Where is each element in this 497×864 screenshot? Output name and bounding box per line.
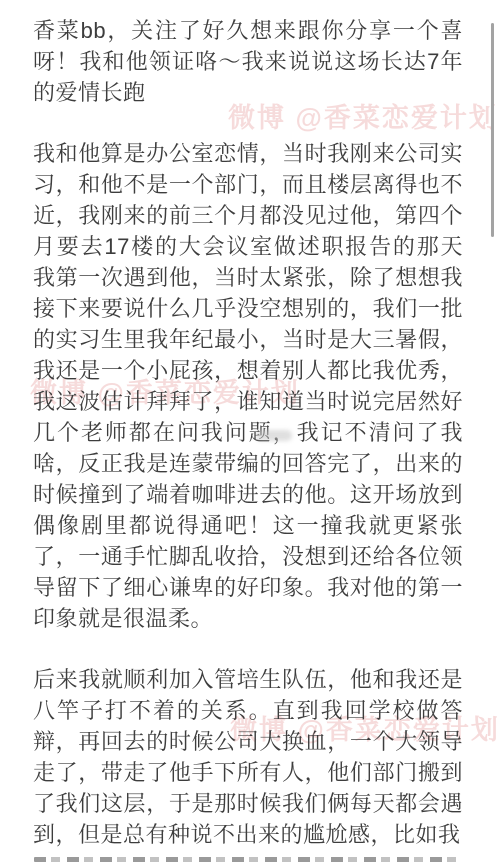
- redacted-smudge: [256, 430, 292, 441]
- paragraph-office-romance: 我和他算是办公室恋情，当时我刚来公司实习，和他不是一个部门，而且楼层离得也不近，…: [33, 138, 463, 634]
- text-line: 月要去17楼的大会议室做述职报告的那天是: [33, 231, 463, 262]
- text-line: 我和他算是办公室恋情，当时我刚来公司实: [33, 138, 463, 169]
- text-line: 时候撞到了端着咖啡进去的他。这开场放到: [33, 479, 463, 510]
- text-line: 后来我就顺利加入管培生队伍，他和我还是: [33, 664, 463, 695]
- text-line: 了，一通手忙脚乱收拾，没想到还给各位领: [33, 541, 463, 572]
- text-line: 的爱情长跑: [33, 77, 463, 108]
- text-line: 香菜bb，关注了好久想来跟你分享一个喜讯: [33, 15, 463, 46]
- text-line: 的实习生里我年纪最小，当时是大三暑假，: [33, 324, 463, 355]
- text-line: 了我们这层，于是那时候我们俩每天都会遇: [33, 788, 463, 819]
- text-line: 导留下了细心谦卑的好印象。我对他的第一: [33, 572, 463, 603]
- paragraph-intro: 香菜bb，关注了好久想来跟你分享一个喜讯呀！我和他领证咯～我来说说这场长达7年的…: [33, 15, 463, 108]
- text-line: 辩，再回去的时候公司大换血，一个大领导: [33, 726, 463, 757]
- scrollbar-thumb[interactable]: [491, 23, 494, 237]
- text-line: 我这波估计拜拜了，谁知道当时说完居然好: [33, 386, 463, 417]
- post-body: 香菜bb，关注了好久想来跟你分享一个喜讯呀！我和他领证咯～我来说说这场长达7年的…: [33, 15, 463, 850]
- text-line: 啥，反正我是连蒙带编的回答完了，出来的: [33, 448, 463, 479]
- clipped-next-line: [34, 857, 460, 862]
- text-line: 我还是一个小屁孩，想着别人都比我优秀，: [33, 355, 463, 386]
- text-line: 几个老师都在问我问题，我记不清问了我: [33, 417, 463, 448]
- text-line: 到，但是总有种说不出来的尴尬感，比如我: [33, 819, 463, 850]
- text-line: 接下来要说什么几乎没空想别的，我们一批: [33, 293, 463, 324]
- text-line: 我第一次遇到他，当时太紧张，除了想想我: [33, 262, 463, 293]
- text-line: 走了，带走了他手下所有人，他们部门搬到: [33, 757, 463, 788]
- paragraph-after-internship: 后来我就顺利加入管培生队伍，他和我还是八竿子打不着的关系。直到我回学校做答辩，再…: [33, 664, 463, 850]
- text-line: 八竿子打不着的关系。直到我回学校做答: [33, 695, 463, 726]
- text-line: 习，和他不是一个部门，而且楼层离得也不: [33, 169, 463, 200]
- text-line: 呀！我和他领证咯～我来说说这场长达7年: [33, 46, 463, 77]
- text-line: 偶像剧里都说得通吧！这一撞我就更紧张: [33, 510, 463, 541]
- text-line: 印象就是很温柔。: [33, 603, 463, 634]
- text-line: 近，我刚来的前三个月都没见过他，第四个: [33, 200, 463, 231]
- weibo-post-screenshot: { "colors": { "background": "#ffffff", "…: [0, 0, 497, 864]
